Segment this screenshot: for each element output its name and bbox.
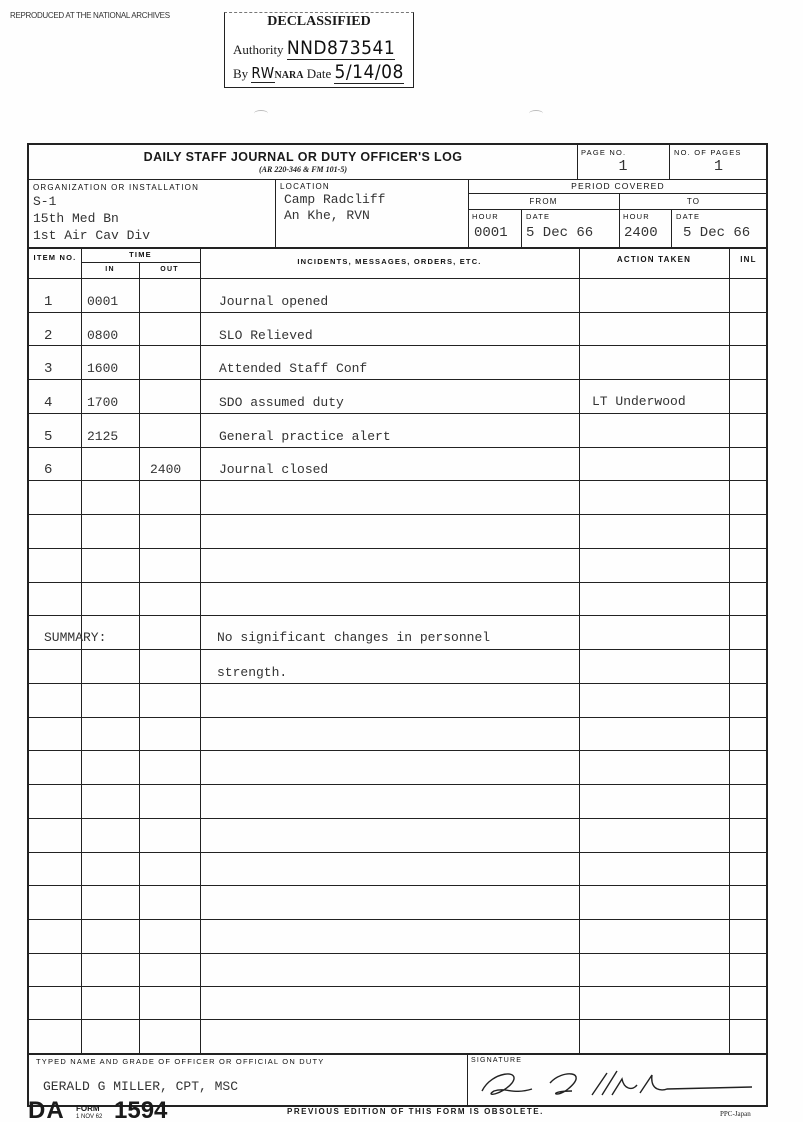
action-cell: LT Underwood	[592, 394, 686, 409]
footer-form-label: FORM	[76, 1104, 100, 1113]
form-title: DAILY STAFF JOURNAL OR DUTY OFFICER'S LO…	[29, 150, 577, 164]
signature-icon	[472, 1061, 762, 1105]
incident-cell: Attended Staff Conf	[219, 361, 367, 376]
item-no-cell: 2	[44, 328, 52, 344]
incident-cell: Journal closed	[219, 462, 328, 477]
declassified-stamp: DECLASSIFIED Authority NND873541 By RWNA…	[224, 12, 414, 88]
incident-cell: Journal opened	[219, 294, 328, 309]
stamp-by-line: By RWNARA Date 5/14/08	[233, 61, 404, 83]
from-date-value: 5 Dec 66	[526, 225, 593, 241]
location-label: LOCATION	[280, 182, 330, 191]
summary-line-2: strength.	[217, 665, 287, 680]
item-no-header: ITEM NO.	[29, 252, 81, 263]
form-subtitle: (AR 220-346 & FM 101-5)	[29, 165, 577, 174]
organization-line-3: 1st Air Cav Div	[33, 228, 150, 243]
organization-line-1: S-1	[33, 194, 56, 209]
incident-cell: SDO assumed duty	[219, 395, 344, 410]
to-label: TO	[619, 197, 768, 206]
officer-name-label: TYPED NAME AND GRADE OF OFFICER OR OFFIC…	[36, 1057, 324, 1066]
stamp-authority-line: Authority NND873541	[233, 37, 395, 59]
organization-label: ORGANIZATION OR INSTALLATION	[33, 183, 199, 192]
organization-line-2: 15th Med Bn	[33, 211, 119, 226]
time-header: TIME	[81, 250, 200, 259]
item-no-cell: 3	[44, 361, 52, 377]
officer-name-value: GERALD G MILLER, CPT, MSC	[43, 1079, 238, 1094]
from-label: FROM	[468, 197, 619, 206]
from-hour-label: HOUR	[472, 212, 499, 221]
duty-log-form: DAILY STAFF JOURNAL OR DUTY OFFICER'S LO…	[27, 143, 768, 1107]
footer-form-date: 1 NOV 62	[76, 1114, 102, 1120]
by-initials: RW	[251, 64, 274, 83]
item-no-cell: 1	[44, 294, 52, 310]
to-hour-value: 2400	[624, 225, 658, 241]
from-date-label: DATE	[526, 212, 550, 221]
to-date-label: DATE	[676, 212, 700, 221]
no-of-pages-label: NO. OF PAGES	[674, 148, 742, 157]
time-in-cell: 0800	[87, 328, 118, 343]
to-hour-label: HOUR	[623, 212, 650, 221]
punch-hole-mark	[254, 110, 268, 117]
page-no-label: PAGE NO.	[581, 148, 626, 157]
incident-cell: SLO Relieved	[219, 328, 313, 343]
time-out-cell: 2400	[150, 462, 181, 477]
out-header: OUT	[139, 266, 200, 273]
location-line-2: An Khe, RVN	[284, 208, 370, 223]
no-of-pages-value: 1	[669, 158, 768, 175]
item-no-cell: 6	[44, 462, 52, 478]
nara-label: NARA	[275, 70, 304, 81]
incident-cell: General practice alert	[219, 429, 391, 444]
stamp-title: DECLASSIFIED	[225, 14, 413, 30]
page-no-value: 1	[577, 158, 669, 175]
time-in-cell: 0001	[87, 294, 118, 309]
incidents-header: INCIDENTS, MESSAGES, ORDERS, ETC.	[200, 257, 579, 266]
action-taken-header: ACTION TAKEN	[579, 255, 729, 264]
summary-label: SUMMARY:	[44, 630, 106, 645]
date-label: Date	[307, 66, 332, 81]
inl-header: INL	[729, 255, 768, 264]
archive-note: REPRODUCED AT THE NATIONAL ARCHIVES	[10, 11, 170, 20]
by-label: By	[233, 66, 248, 81]
to-date-value: 5 Dec 66	[683, 225, 750, 241]
from-hour-value: 0001	[474, 225, 508, 241]
summary-line-1: No significant changes in personnel	[217, 630, 490, 645]
time-in-cell: 1600	[87, 361, 118, 376]
date-value: 5/14/08	[334, 61, 403, 84]
item-no-cell: 4	[44, 395, 52, 411]
authority-label: Authority	[233, 42, 284, 57]
punch-hole-mark	[529, 110, 543, 117]
previous-edition-note: PREVIOUS EDITION OF THIS FORM IS OBSOLET…	[287, 1107, 544, 1116]
footer-form-number: 1594	[114, 1100, 167, 1122]
time-in-cell: 1700	[87, 395, 118, 410]
footer-da: DA	[28, 1100, 65, 1122]
item-no-cell: 5	[44, 429, 52, 445]
authority-value: NND873541	[287, 37, 395, 60]
in-header: IN	[81, 266, 139, 273]
location-line-1: Camp Radcliff	[284, 192, 385, 207]
time-in-cell: 2125	[87, 429, 118, 444]
period-covered-label: PERIOD COVERED	[468, 181, 768, 191]
printer-note: PPC-Japan	[720, 1110, 751, 1118]
